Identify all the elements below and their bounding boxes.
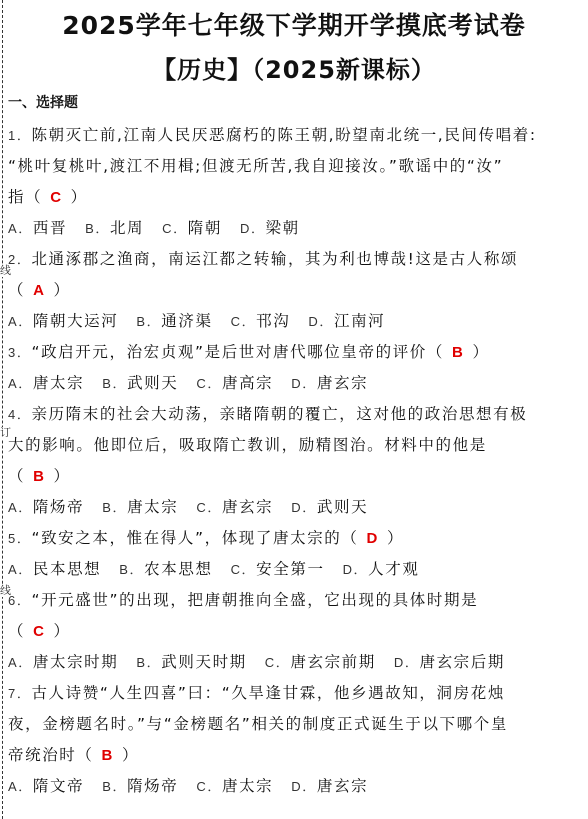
question-number: 2． [8,252,31,267]
option-item: B．唐太宗 [102,498,178,516]
option-key: B． [102,779,127,794]
option-key: D． [291,779,317,794]
option-text: 隋朝 [188,219,222,237]
option-key: B． [102,500,127,515]
option-text: 唐玄宗后期 [419,653,505,671]
answer-close-paren: ） [472,343,489,361]
option-text: 农本思想 [144,560,212,578]
option-item: C．唐玄宗 [196,498,273,516]
option-text: 武则天时期 [161,653,247,671]
answer-mark: B [94,747,122,764]
option-text: 唐玄宗 [317,374,368,392]
question-line: 2．北通涿郡之渔商，南运江都之转输，其为利也博哉!这是古人称颂 [8,244,578,275]
option-item: C．安全第一 [231,560,325,578]
option-key: B． [85,221,110,236]
option-item: A．唐太宗 [8,374,84,392]
question-line: （A） [8,275,578,306]
option-key: B． [119,562,144,577]
question-number: 3． [8,345,31,360]
option-text: 唐太宗 [222,777,273,795]
question-item: 1．陈朝灭亡前,江南人民厌恶腐朽的陈王朝,盼望南北统一,民间传唱着:“桃叶复桃叶… [8,120,578,244]
option-text: 隋朝大运河 [33,312,119,330]
question-line: 帝统治时（B） [8,740,578,771]
option-key: A． [8,314,33,329]
option-item: C．邗沟 [231,312,291,330]
option-key: D． [343,562,369,577]
question-item: 3．“政启开元，治宏贞观”是后世对唐代哪位皇帝的评价（B）A．唐太宗B．武则天C… [8,337,578,399]
option-text: 江南河 [334,312,385,330]
option-item: C．隋朝 [162,219,222,237]
answer-close-paren: ） [54,281,71,299]
answer-mark: A [25,282,53,299]
option-text: 武则天 [317,498,368,516]
option-item: A．隋炀帝 [8,498,84,516]
option-text: 唐玄宗 [317,777,368,795]
option-item: A．西晋 [8,219,67,237]
answer-mark: B [444,344,472,361]
answer-mark: C [25,623,53,640]
option-item: C．唐高宗 [196,374,273,392]
answer-mark: C [42,189,70,206]
option-row: A．隋朝大运河B．通济渠C．邗沟D．江南河 [8,306,578,337]
question-text: （ [8,467,25,485]
option-item: D．梁朝 [240,219,300,237]
option-text: 通济渠 [161,312,212,330]
option-item: B．武则天 [102,374,178,392]
option-key: A． [8,779,33,794]
question-line: “桃叶复桃叶,渡江不用楫;但渡无所苦,我自迎接汝。”歌谣中的“汝” [8,151,578,182]
option-row: A．民本思想B．农本思想C．安全第一D．人才观 [8,554,578,585]
option-key: D． [308,314,334,329]
option-key: C． [265,655,291,670]
question-item: 5．“致安之本，惟在得人”，体现了唐太宗的（D）A．民本思想B．农本思想C．安全… [8,523,578,585]
question-text: 陈朝灭亡前,江南人民厌恶腐朽的陈王朝,盼望南北统一,民间传唱着: [31,126,536,144]
question-text: “政启开元，治宏贞观”是后世对唐代哪位皇帝的评价（ [31,343,444,361]
option-item: D．唐玄宗 [291,374,368,392]
option-row: A．隋炀帝B．唐太宗C．唐玄宗D．武则天 [8,492,578,523]
question-line: 1．陈朝灭亡前,江南人民厌恶腐朽的陈王朝,盼望南北统一,民间传唱着: [8,120,578,151]
question-text: 帝统治时（ [8,746,94,764]
option-item: A．隋文帝 [8,777,84,795]
option-key: C． [196,779,222,794]
answer-close-paren: ） [54,467,71,485]
question-text: 北通涿郡之渔商，南运江都之转输，其为利也博哉!这是古人称颂 [31,250,518,268]
option-item: A．隋朝大运河 [8,312,118,330]
question-text: （ [8,622,25,640]
question-line: 4．亲历隋末的社会大动荡，亲睹隋朝的覆亡，这对他的政治思想有极 [8,399,578,430]
answer-mark: D [359,530,387,547]
answer-mark: B [25,468,53,485]
option-key: C． [231,562,257,577]
question-line: （C） [8,616,578,647]
question-line: 夜，金榜题名时。”与“金榜题名”相关的制度正式诞生于以下哪个皇 [8,709,578,740]
question-text: 指（ [8,188,42,206]
option-text: 隋炀帝 [33,498,84,516]
option-key: B． [102,376,127,391]
question-item: 4．亲历隋末的社会大动荡，亲睹隋朝的覆亡，这对他的政治思想有极大的影响。他即位后… [8,399,578,523]
option-key: D． [291,376,317,391]
question-line: 3．“政启开元，治宏贞观”是后世对唐代哪位皇帝的评价（B） [8,337,578,368]
question-number: 6． [8,593,31,608]
question-number: 7． [8,686,31,701]
option-text: 梁朝 [266,219,300,237]
document-title: 2025学年七年级下学期开学摸底考试卷 [0,6,588,42]
answer-close-paren: ） [71,188,88,206]
option-key: C． [196,500,222,515]
question-line: 5．“致安之本，惟在得人”，体现了唐太宗的（D） [8,523,578,554]
question-text: 亲历隋末的社会大动荡，亲睹隋朝的覆亡，这对他的政治思想有极 [31,405,527,423]
option-text: 人才观 [368,560,419,578]
option-text: 唐太宗时期 [33,653,119,671]
option-item: B．北周 [85,219,144,237]
question-text: “开元盛世”的出现，把唐朝推向全盛，它出现的具体时期是 [31,591,478,609]
question-text: （ [8,281,25,299]
question-line: 6．“开元盛世”的出现，把唐朝推向全盛，它出现的具体时期是 [8,585,578,616]
option-text: 武则天 [127,374,178,392]
question-list: 1．陈朝灭亡前,江南人民厌恶腐朽的陈王朝,盼望南北统一,民间传唱着:“桃叶复桃叶… [8,120,578,802]
question-text: 古人诗赞“人生四喜”曰：“久旱逢甘霖，他乡遇故知，洞房花烛 [31,684,505,702]
option-row: A．隋文帝B．隋炀帝C．唐太宗D．唐玄宗 [8,771,578,802]
option-item: C．唐太宗 [196,777,273,795]
option-key: A． [8,562,33,577]
section-heading: 一、选择题 [8,92,78,112]
question-number: 4． [8,407,31,422]
option-key: D． [291,500,317,515]
option-item: D．唐玄宗后期 [394,653,505,671]
option-key: D． [394,655,420,670]
option-text: 隋炀帝 [127,777,178,795]
option-key: A． [8,500,33,515]
option-item: C．唐玄宗前期 [265,653,376,671]
question-item: 7．古人诗赞“人生四喜”曰：“久旱逢甘霖，他乡遇故知，洞房花烛夜，金榜题名时。”… [8,678,578,802]
option-text: 北周 [110,219,144,237]
option-item: D．人才观 [343,560,420,578]
option-item: B．农本思想 [119,560,212,578]
option-item: B．通济渠 [136,312,212,330]
option-item: B．武则天时期 [136,653,246,671]
question-item: 2．北通涿郡之渔商，南运江都之转输，其为利也博哉!这是古人称颂（A）A．隋朝大运… [8,244,578,337]
question-text: “桃叶复桃叶,渡江不用楫;但渡无所苦,我自迎接汝。”歌谣中的“汝” [8,157,503,175]
option-item: B．隋炀帝 [102,777,178,795]
document-subtitle: 【历史】（2025新课标） [0,50,588,85]
answer-close-paren: ） [122,746,139,764]
option-text: 邗沟 [256,312,290,330]
question-number: 1． [8,128,31,143]
option-text: 安全第一 [256,560,324,578]
option-text: 唐玄宗 [222,498,273,516]
option-key: A． [8,376,33,391]
option-key: A． [8,655,33,670]
question-line: 大的影响。他即位后，吸取隋亡教训，励精图治。材料中的他是 [8,430,578,461]
question-text: “致安之本，惟在得人”，体现了唐太宗的（ [31,529,358,547]
option-item: D．唐玄宗 [291,777,368,795]
option-text: 唐太宗 [33,374,84,392]
question-text: 大的影响。他即位后，吸取隋亡教训，励精图治。材料中的他是 [8,436,487,454]
option-item: D．武则天 [291,498,368,516]
answer-close-paren: ） [387,529,404,547]
option-key: B． [136,655,161,670]
question-line: 7．古人诗赞“人生四喜”曰：“久旱逢甘霖，他乡遇故知，洞房花烛 [8,678,578,709]
option-text: 民本思想 [33,560,101,578]
option-key: D． [240,221,266,236]
option-item: A．民本思想 [8,560,101,578]
option-text: 唐玄宗前期 [290,653,376,671]
option-key: C． [231,314,257,329]
question-text: 夜，金榜题名时。”与“金榜题名”相关的制度正式诞生于以下哪个皇 [8,715,508,733]
option-text: 唐高宗 [222,374,273,392]
question-line: （B） [8,461,578,492]
answer-close-paren: ） [54,622,71,640]
option-item: A．唐太宗时期 [8,653,118,671]
option-item: D．江南河 [308,312,385,330]
question-number: 5． [8,531,31,546]
option-row: A．唐太宗B．武则天C．唐高宗D．唐玄宗 [8,368,578,399]
option-row: A．西晋B．北周C．隋朝D．梁朝 [8,213,578,244]
option-text: 西晋 [33,219,67,237]
binding-margin-dashed-line [2,0,3,819]
option-text: 隋文帝 [33,777,84,795]
option-text: 唐太宗 [127,498,178,516]
option-key: C． [196,376,222,391]
option-key: C． [162,221,188,236]
question-item: 6．“开元盛世”的出现，把唐朝推向全盛，它出现的具体时期是（C）A．唐太宗时期B… [8,585,578,678]
option-key: A． [8,221,33,236]
option-key: B． [136,314,161,329]
option-row: A．唐太宗时期B．武则天时期C．唐玄宗前期D．唐玄宗后期 [8,647,578,678]
question-line: 指（C） [8,182,578,213]
